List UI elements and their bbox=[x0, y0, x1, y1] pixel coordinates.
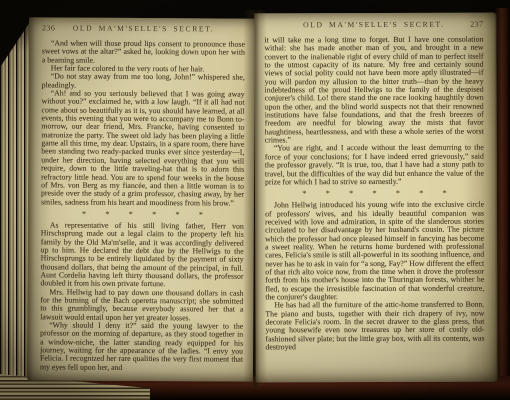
left-page: 236 OLD MA'M'SELLE'S SECRET. “And when w… bbox=[27, 17, 255, 381]
right-page-header: OLD MA'M'SELLE'S SECRET. 237 bbox=[264, 20, 483, 34]
right-running-title: OLD MA'M'SELLE'S SECRET. bbox=[264, 20, 483, 30]
paragraph: “Why should I deny it?” said the young l… bbox=[40, 321, 243, 372]
paragraph: He has had all the furniture of the atti… bbox=[265, 301, 484, 352]
paragraph: “And when will those proud lips consent … bbox=[42, 39, 245, 65]
right-page: OLD MA'M'SELLE'S SECRET. 237 it will tak… bbox=[254, 13, 497, 383]
book-photo: 236 OLD MA'M'SELLE'S SECRET. “And when w… bbox=[0, 0, 510, 400]
paragraph: “Ah! and so you seriously believed that … bbox=[41, 89, 245, 207]
left-page-body: “And when will those proud lips consent … bbox=[40, 39, 245, 372]
paragraph: Mrs. Hellwig had to pay down one thousan… bbox=[40, 288, 243, 323]
section-separator: * * * * * * * bbox=[265, 188, 484, 200]
paragraph: “You are right, and I accede without the… bbox=[265, 144, 484, 186]
book-cover-right-edge bbox=[496, 8, 510, 400]
page-edges-left bbox=[0, 22, 30, 400]
left-page-number: 236 bbox=[42, 23, 55, 32]
right-page-body: it will take me a long time to forget. B… bbox=[264, 36, 484, 352]
right-page-number: 237 bbox=[470, 20, 483, 29]
section-separator: * * * * * * bbox=[41, 208, 244, 220]
left-page-header: 236 OLD MA'M'SELLE'S SECRET. bbox=[42, 23, 245, 37]
left-running-title: OLD MA'M'SELLE'S SECRET. bbox=[42, 23, 245, 33]
paragraph: John Hellwig introduced his young wife i… bbox=[265, 201, 484, 302]
paragraph: it will take me a long time to forget. B… bbox=[264, 36, 483, 145]
paragraph: As representative of his still living fa… bbox=[40, 221, 243, 289]
